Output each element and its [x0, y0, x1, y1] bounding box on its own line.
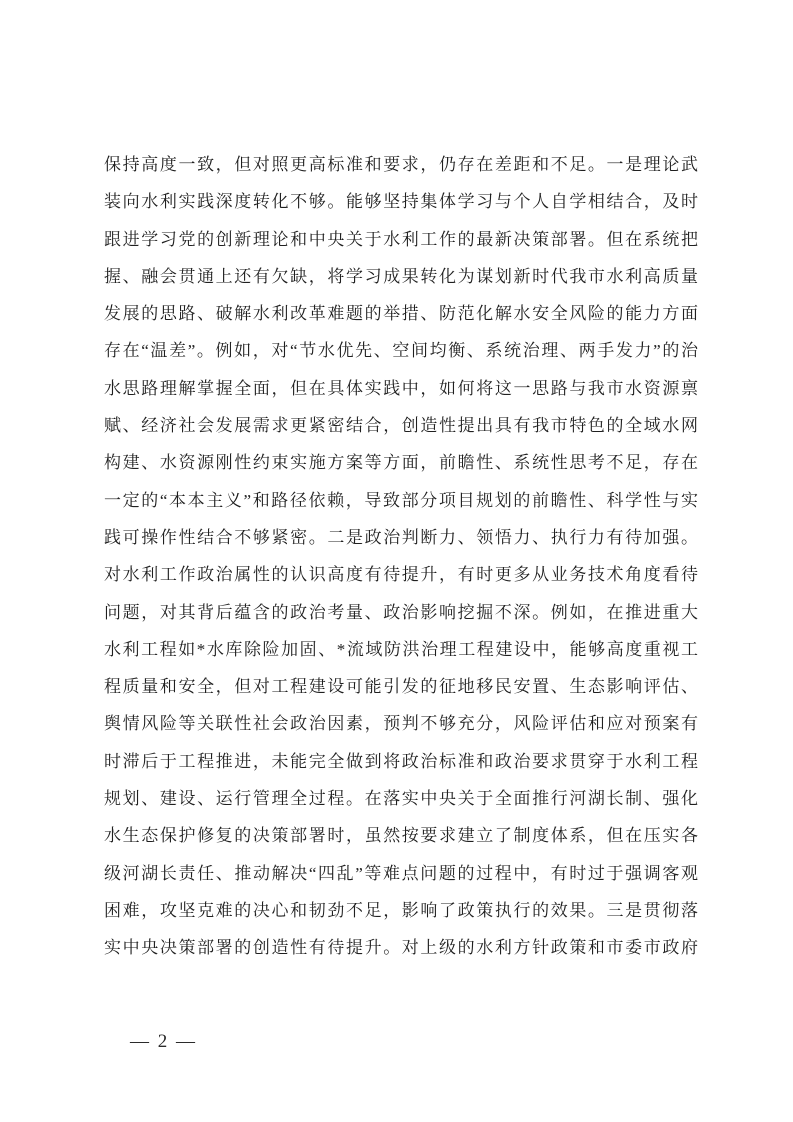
text-line: 发展的思路、破解水利改革难题的举措、防范化解水安全风险的能力方面 — [104, 295, 698, 332]
text-line: 保持高度一致，但对照更高标准和要求，仍存在差距和不足。一是理论武 — [104, 146, 698, 183]
text-line: 级河湖长责任、推动解决“四乱”等难点问题的过程中，有时过于强调客观 — [104, 855, 698, 892]
text-line: 时滞后于工程推进，未能完全做到将政治标准和政治要求贯穿于水利工程 — [104, 743, 698, 780]
text-line: 存在“温差”。例如，对“节水优先、空间均衡、系统治理、两手发力”的治 — [104, 332, 698, 369]
page-number: — 2 — — [130, 1030, 197, 1054]
text-line: 水生态保护修复的决策部署时，虽然按要求建立了制度体系，但在压实各 — [104, 817, 698, 854]
text-line: 程质量和安全，但对工程建设可能引发的征地移民安置、生态影响评估、 — [104, 668, 698, 705]
text-line: 构建、水资源刚性约束实施方案等方面，前瞻性、系统性思考不足，存在 — [104, 444, 698, 481]
text-line: 赋、经济社会发展需求更紧密结合，创造性提出具有我市特色的全域水网 — [104, 407, 698, 444]
text-line: 实中央决策部署的创造性有待提升。对上级的水利方针政策和市委市政府 — [104, 929, 698, 966]
text-line: 困难，攻坚克难的决心和韧劲不足，影响了政策执行的效果。三是贯彻落 — [104, 892, 698, 929]
text-line: 握、融会贯通上还有欠缺，将学习成果转化为谋划新时代我市水利高质量 — [104, 258, 698, 295]
text-line: 一定的“本本主义”和路径依赖，导致部分项目规划的前瞻性、科学性与实 — [104, 482, 698, 519]
document-page: 保持高度一致，但对照更高标准和要求，仍存在差距和不足。一是理论武 装向水利实践深… — [0, 0, 793, 1122]
text-line: 水利工程如*水库除险加固、*流域防洪治理工程建设中，能够高度重视工 — [104, 631, 698, 668]
text-line: 跟进学习党的创新理论和中央关于水利工作的最新决策部署。但在系统把 — [104, 221, 698, 258]
text-line: 规划、建设、运行管理全过程。在落实中央关于全面推行河湖长制、强化 — [104, 780, 698, 817]
text-line: 践可操作性结合不够紧密。二是政治判断力、领悟力、执行力有待加强。 — [104, 519, 698, 556]
text-line: 问题，对其背后蕴含的政治考量、政治影响挖掘不深。例如，在推进重大 — [104, 594, 698, 631]
text-line: 水思路理解掌握全面，但在具体实践中，如何将这一思路与我市水资源禀 — [104, 370, 698, 407]
text-line: 对水利工作政治属性的认识高度有待提升，有时更多从业务技术角度看待 — [104, 556, 698, 593]
text-line: 舆情风险等关联性社会政治因素，预判不够充分，风险评估和应对预案有 — [104, 705, 698, 742]
body-text: 保持高度一致，但对照更高标准和要求，仍存在差距和不足。一是理论武 装向水利实践深… — [104, 146, 698, 967]
text-line: 装向水利实践深度转化不够。能够坚持集体学习与个人自学相结合，及时 — [104, 183, 698, 220]
